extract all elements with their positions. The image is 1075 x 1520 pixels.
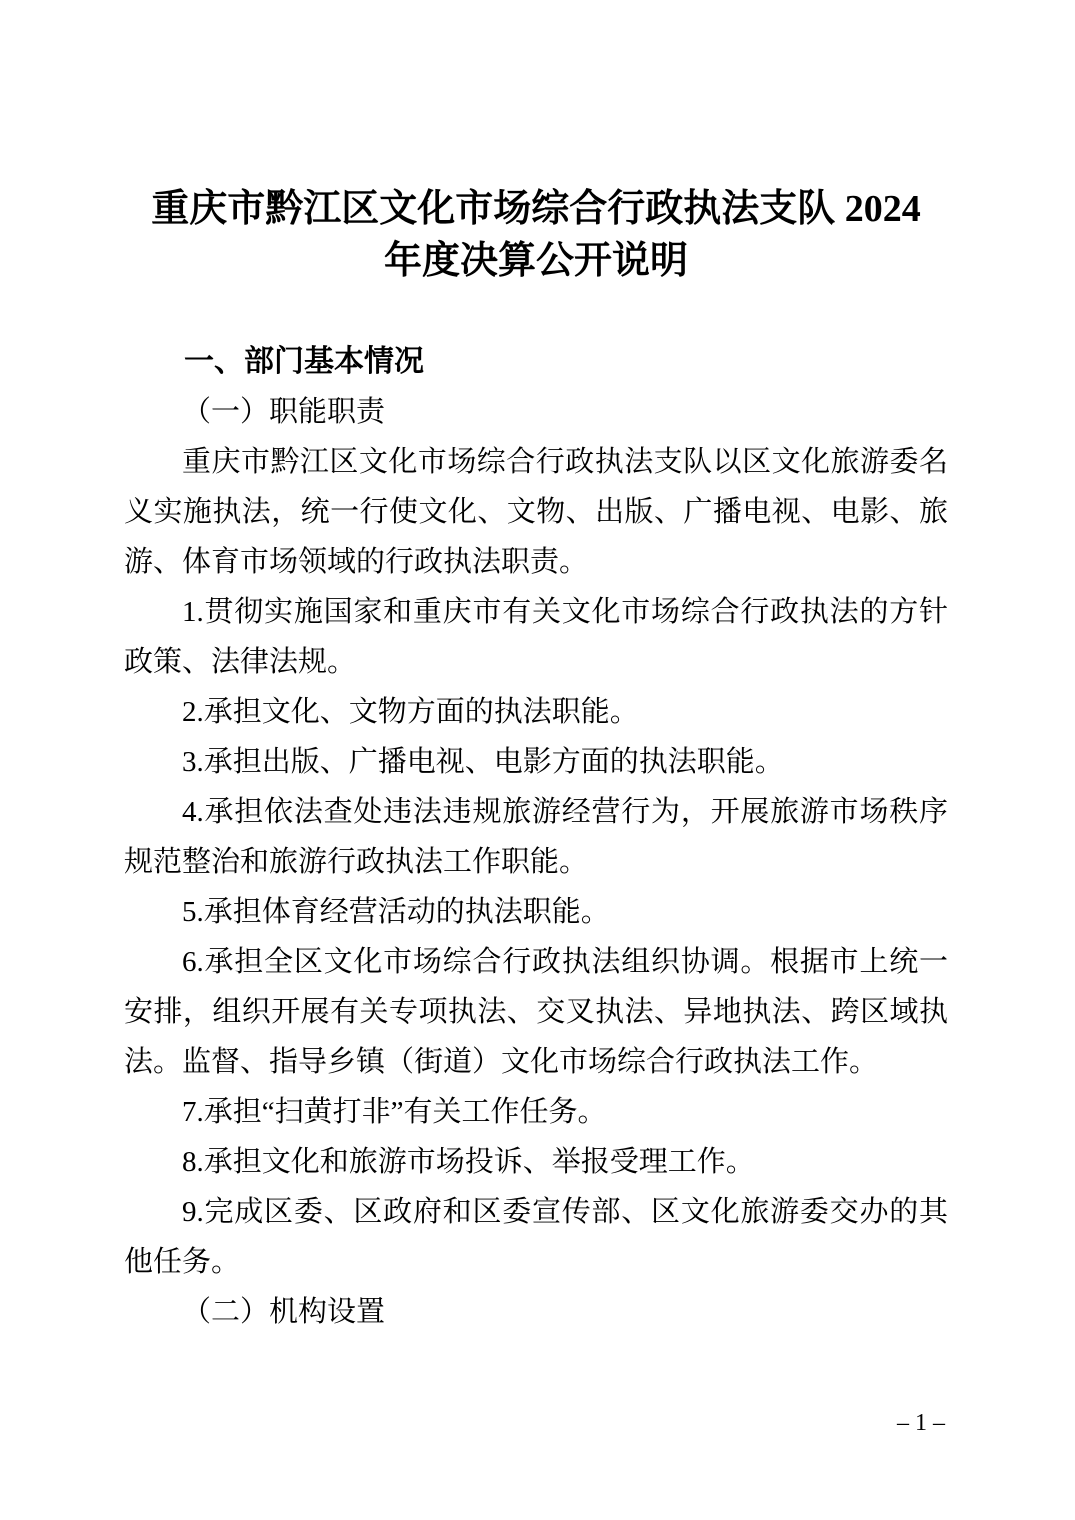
document-content: 重庆市黔江区文化市场综合行政执法支队 2024 年度决算公开说明 一、部门基本情… bbox=[124, 183, 948, 1337]
paragraph: 3.承担出版、广播电视、电影方面的执法职能。 bbox=[124, 737, 948, 787]
subsection-heading-1: （一）职能职责 bbox=[124, 387, 948, 437]
page-number: – 1 – bbox=[897, 1408, 945, 1438]
section-heading: 一、部门基本情况 bbox=[124, 337, 948, 387]
document-title-line2: 年度决算公开说明 bbox=[124, 235, 948, 287]
document-page: 重庆市黔江区文化市场综合行政执法支队 2024 年度决算公开说明 一、部门基本情… bbox=[0, 0, 1075, 1520]
paragraph: 6.承担全区文化市场综合行政执法组织协调。根据市上统一安排，组织开展有关专项执法… bbox=[124, 937, 948, 1087]
paragraph: 2.承担文化、文物方面的执法职能。 bbox=[124, 687, 948, 737]
paragraph: 5.承担体育经营活动的执法职能。 bbox=[124, 887, 948, 937]
document-title-line1: 重庆市黔江区文化市场综合行政执法支队 2024 bbox=[124, 183, 948, 235]
paragraph: 1.贯彻实施国家和重庆市有关文化市场综合行政执法的方针政策、法律法规。 bbox=[124, 587, 948, 687]
document-title: 重庆市黔江区文化市场综合行政执法支队 2024 年度决算公开说明 bbox=[124, 183, 948, 287]
paragraph: 8.承担文化和旅游市场投诉、举报受理工作。 bbox=[124, 1137, 948, 1187]
subsection-heading-2: （二）机构设置 bbox=[124, 1287, 948, 1337]
paragraph: 9.完成区委、区政府和区委宣传部、区文化旅游委交办的其他任务。 bbox=[124, 1187, 948, 1287]
document-body: 一、部门基本情况 （一）职能职责 重庆市黔江区文化市场综合行政执法支队以区文化旅… bbox=[124, 337, 948, 1337]
paragraph: 重庆市黔江区文化市场综合行政执法支队以区文化旅游委名义实施执法，统一行使文化、文… bbox=[124, 437, 948, 587]
paragraph: 7.承担“扫黄打非”有关工作任务。 bbox=[124, 1087, 948, 1137]
paragraph: 4.承担依法查处违法违规旅游经营行为，开展旅游市场秩序规范整治和旅游行政执法工作… bbox=[124, 787, 948, 887]
